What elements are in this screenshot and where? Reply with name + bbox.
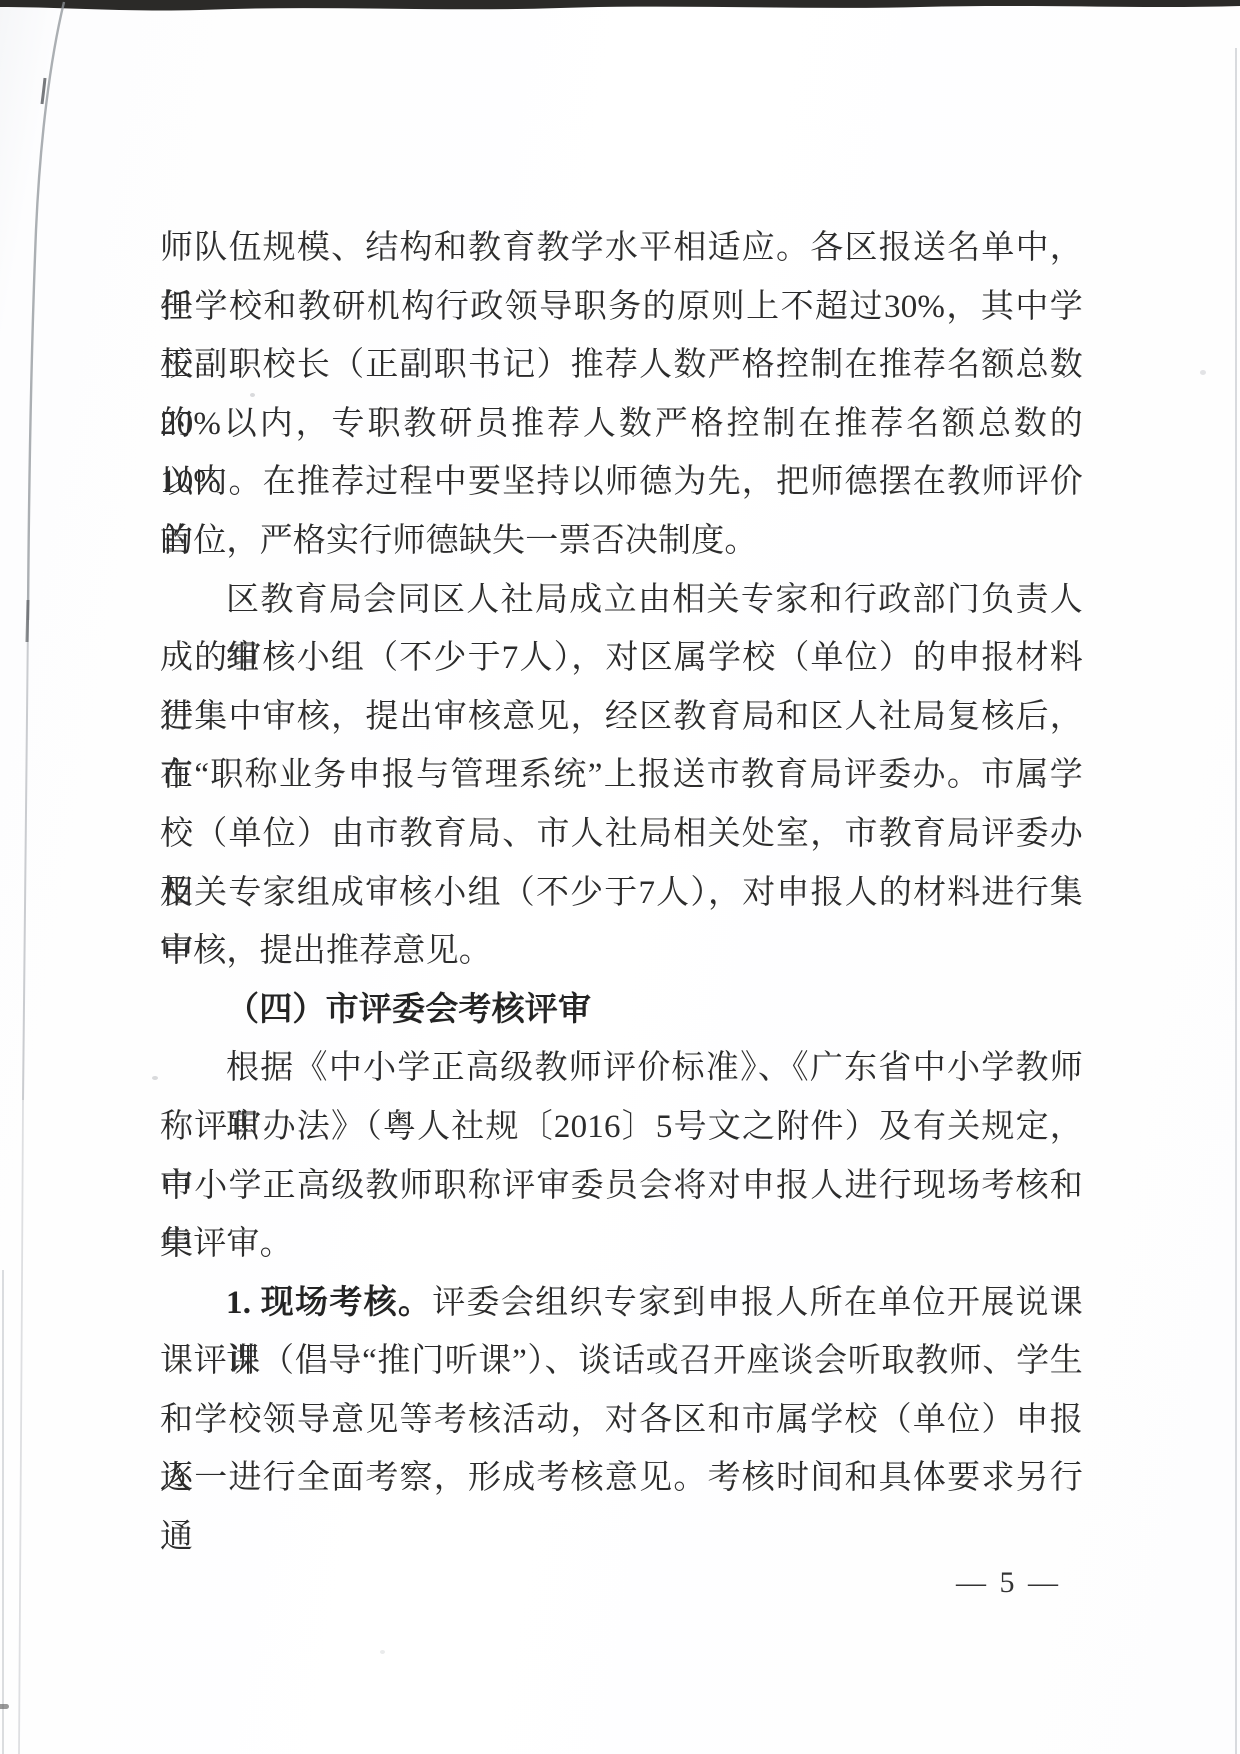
text-line: 课评课（倡导“推门听课”）、谈话或召开座谈会听取教师、学生 xyxy=(160,1332,1083,1391)
text-line: 任学校和教研机构行政领导职务的原则上不超过30%，其中学校 xyxy=(160,278,1083,337)
document-body: 师队伍规模、结构和教育教学水平相适应。各区报送名单中，担任学校和教研机构行政领导… xyxy=(160,219,1083,1508)
scan-top-edge-artifact xyxy=(0,0,1240,14)
scan-speck xyxy=(152,1076,158,1080)
text-line: 行集中审核，提出审核意见，经区教育局和区人社局复核后，在 xyxy=(160,688,1083,747)
text-line: （四）市评委会考核评审 xyxy=(160,981,1083,1040)
text-line: 校（单位）由市教育局、市人社局相关处室，市教育局评委办及 xyxy=(160,805,1083,864)
scan-speck xyxy=(380,1650,385,1654)
bold-run: 1. 现场考核。 xyxy=(226,1285,432,1321)
text-line: 根据《中小学正高级教师评价标准》、《广东省中小学教师职 xyxy=(160,1039,1083,1098)
page-number: — 5 — xyxy=(956,1566,1061,1600)
text-line: 以内。在推荐过程中要坚持以师德为先，把师德摆在教师评价的 xyxy=(160,453,1083,512)
text-line: 1. 现场考核。评委会组织专家到申报人所在单位开展说课讲 xyxy=(160,1274,1083,1333)
scanned-document-page: 师队伍规模、结构和教育教学水平相适应。各区报送名单中，担任学校和教研机构行政领导… xyxy=(0,0,1240,1754)
text-line: 中小学正高级教师职称评审委员会将对申报人进行现场考核和集 xyxy=(160,1157,1083,1216)
text-line: 区教育局会同区人社局成立由相关专家和行政部门负责人组 xyxy=(160,571,1083,630)
text-line: 正副职校长（正副职书记）推荐人数严格控制在推荐名额总数的 xyxy=(160,336,1083,395)
text-line: 市“职称业务申报与管理系统”上报送市教育局评委办。市属学 xyxy=(160,746,1083,805)
scan-right-edge-line xyxy=(1235,48,1237,1754)
text-line: 相关专家组成审核小组（不少于7人），对申报人的材料进行集中 xyxy=(160,864,1083,923)
scan-speck xyxy=(1200,370,1206,375)
text-line: 师队伍规模、结构和教育教学水平相适应。各区报送名单中，担 xyxy=(160,219,1083,278)
text-line: 成的审核小组（不少于7人），对区属学校（单位）的申报材料进 xyxy=(160,629,1083,688)
text-line: 称评审办法》（粤人社规〔2016〕5号文之附件）及有关规定，市 xyxy=(160,1098,1083,1157)
text-line: 首位，严格实行师德缺失一票否决制度。 xyxy=(160,512,1083,571)
text-line: 20%以内，专职教研员推荐人数严格控制在推荐名额总数的 10% xyxy=(160,395,1083,454)
text-line: 中评审。 xyxy=(160,1215,1083,1274)
text-line: 和学校领导意见等考核活动，对各区和市属学校（单位）申报人 xyxy=(160,1391,1083,1450)
scan-left-edge-line xyxy=(2,1270,4,1754)
text-line: 逐一进行全面考察，形成考核意见。考核时间和具体要求另行通 xyxy=(160,1449,1083,1508)
scan-left-tick-artifact xyxy=(0,1704,9,1709)
text-line: 审核，提出推荐意见。 xyxy=(160,922,1083,981)
